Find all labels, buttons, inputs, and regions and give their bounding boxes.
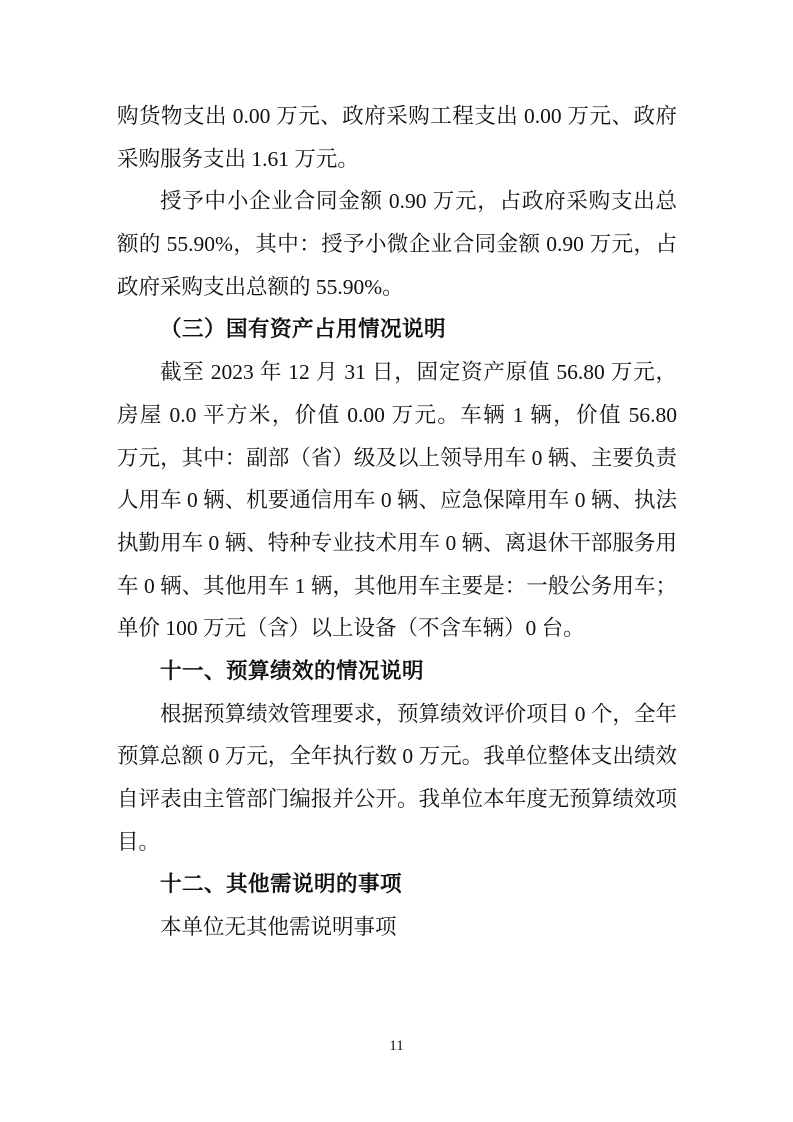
text-line: 根据预算绩效管理要求，预算绩效评价项目 0 个，全年 <box>117 693 677 736</box>
section-heading-budget-performance: 十一、预算绩效的情况说明 <box>117 650 677 693</box>
text-line: 执勤用车 0 辆、特种专业技术用车 0 辆、离退休干部服务用 <box>117 522 677 565</box>
text-line: 政府采购支出总额的 55.90%。 <box>117 266 677 309</box>
text-line: 采购服务支出 1.61 万元。 <box>117 138 677 181</box>
section-heading-other-matters: 十二、其他需说明的事项 <box>117 863 677 906</box>
text-line: 截至 2023 年 12 月 31 日，固定资产原值 56.80 万元， <box>117 351 677 394</box>
page-number: 11 <box>0 1036 793 1056</box>
text-line: 本单位无其他需说明事项 <box>117 906 677 949</box>
text-line: 额的 55.90%，其中：授予小微企业合同金额 0.90 万元，占 <box>117 223 677 266</box>
text-line: 目。 <box>117 821 677 864</box>
text-line: 自评表由主管部门编报并公开。我单位本年度无预算绩效项 <box>117 778 677 821</box>
section-heading-state-assets: （三）国有资产占用情况说明 <box>117 308 677 351</box>
text-line: 单价 100 万元（含）以上设备（不含车辆）0 台。 <box>117 607 677 650</box>
document-page: 购货物支出 0.00 万元、政府采购工程支出 0.00 万元、政府 采购服务支出… <box>0 0 793 1122</box>
text-line: 房屋 0.0 平方米，价值 0.00 万元。车辆 1 辆，价值 56.80 <box>117 394 677 437</box>
text-line: 预算总额 0 万元，全年执行数 0 万元。我单位整体支出绩效 <box>117 735 677 778</box>
text-line: 车 0 辆、其他用车 1 辆，其他用车主要是：一般公务用车； <box>117 565 677 608</box>
text-line: 购货物支出 0.00 万元、政府采购工程支出 0.00 万元、政府 <box>117 95 677 138</box>
text-line: 授予中小企业合同金额 0.90 万元，占政府采购支出总 <box>117 180 677 223</box>
text-line: 万元，其中：副部（省）级及以上领导用车 0 辆、主要负责 <box>117 437 677 480</box>
text-line: 人用车 0 辆、机要通信用车 0 辆、应急保障用车 0 辆、执法 <box>117 479 677 522</box>
document-body: 购货物支出 0.00 万元、政府采购工程支出 0.00 万元、政府 采购服务支出… <box>117 95 677 949</box>
